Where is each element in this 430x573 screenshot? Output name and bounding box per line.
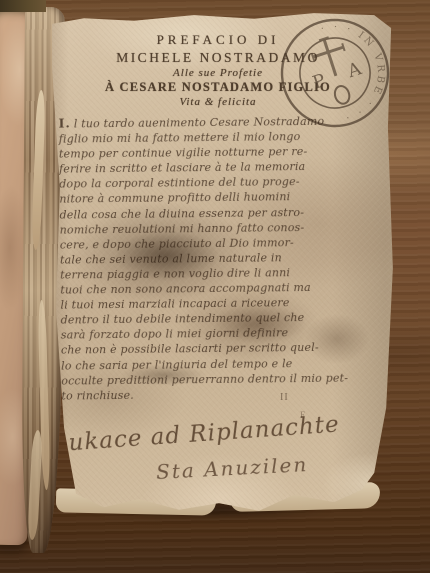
stamp-letter-o: [333, 84, 352, 105]
manuscript-line: I.l tuo tardo auenimento Cesare Nostrada…: [59, 112, 361, 131]
manuscript-line: che non è possibile lasciarti per scritt…: [61, 340, 363, 358]
drop-cap: I.: [59, 115, 74, 130]
manuscript-body-text: I.l tuo tardo auenimento Cesare Nostrada…: [59, 112, 364, 403]
ownership-inscription-line-1: Lukace ad Riplanachte: [51, 409, 382, 458]
photo-of-antique-book: PREFACIO DI MICHELE NOSTRADAMO Alle sue …: [0, 0, 430, 573]
signature-mark: II: [280, 392, 289, 403]
book-cover-top-edge: [0, 0, 46, 12]
stamp-letter-a: A: [344, 58, 365, 83]
manuscript-page: PREFACIO DI MICHELE NOSTRADAMO Alle sue …: [44, 8, 396, 520]
manuscript-line: to rinchiuse.: [61, 385, 363, 403]
stamp-letter-p: P: [310, 70, 328, 94]
manuscript-line: occulte predittioni peruerranno dentro i…: [61, 370, 363, 388]
ownership-inscription-line-2: Sta Anuzilen: [155, 452, 308, 484]
